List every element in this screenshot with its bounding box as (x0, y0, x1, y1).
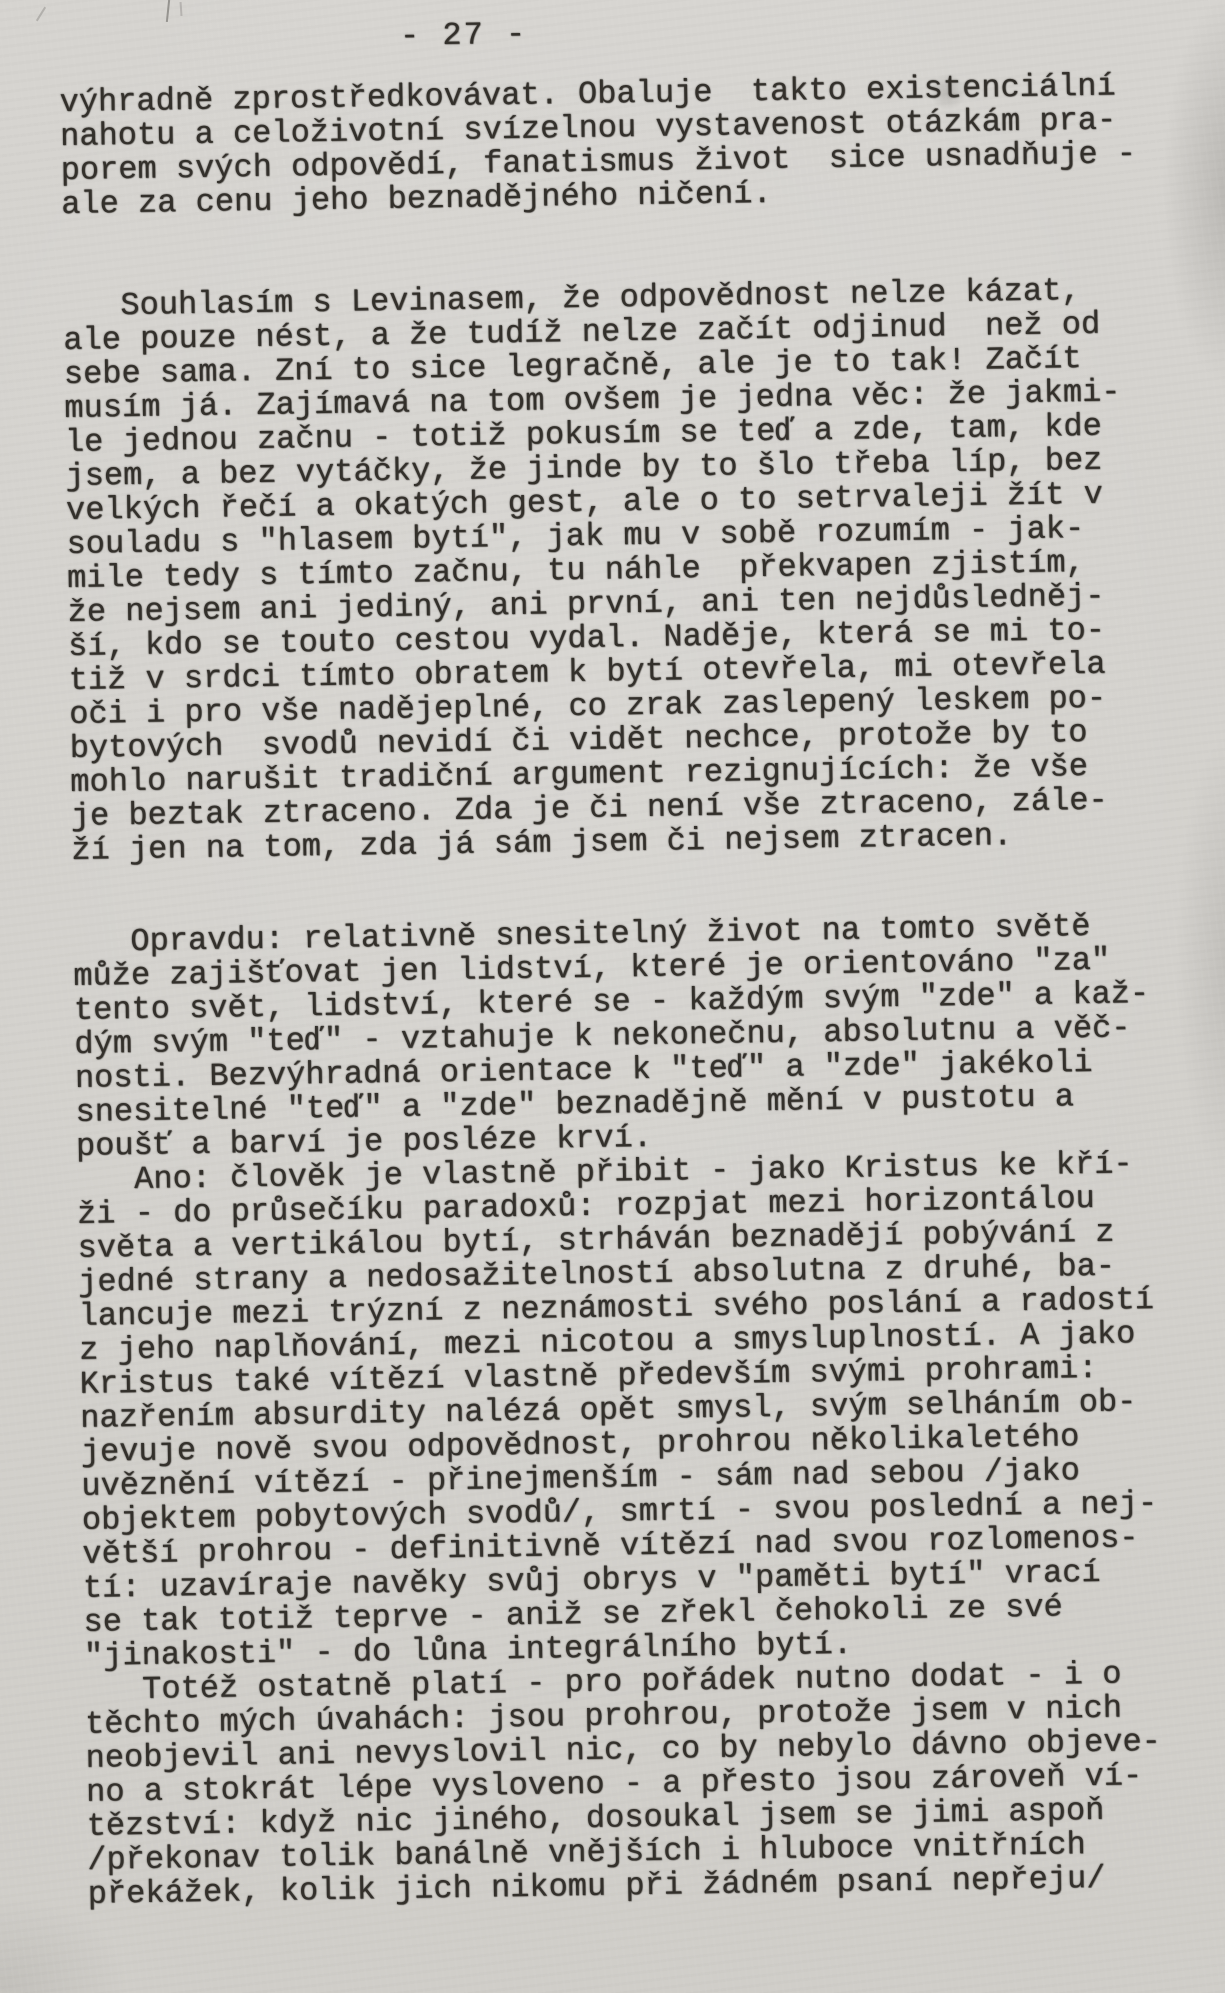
paragraph-souhlasim: Souhlasím s Levinasem, že odpovědnost ne… (63, 272, 1225, 868)
paragraph-opravdu: Opravdu: relativně snesitelný život na t… (73, 908, 1225, 1164)
scanned-page: - 27 - výhradně zprostředkovávat. Obaluj… (0, 0, 1225, 1993)
paragraph-continuation: výhradně zprostředkovávat. Obaluje takto… (59, 68, 1225, 222)
page-content: - 27 - výhradně zprostředkovávat. Obaluj… (0, 0, 1225, 1913)
page-number: - 27 - (0, 10, 1019, 61)
paragraph-totez: Totéž ostatně platí - pro pořádek nutno … (84, 1656, 1225, 1912)
paragraph-ano: Ano: člověk je vlastně přibit - jako Kri… (76, 1146, 1225, 1674)
